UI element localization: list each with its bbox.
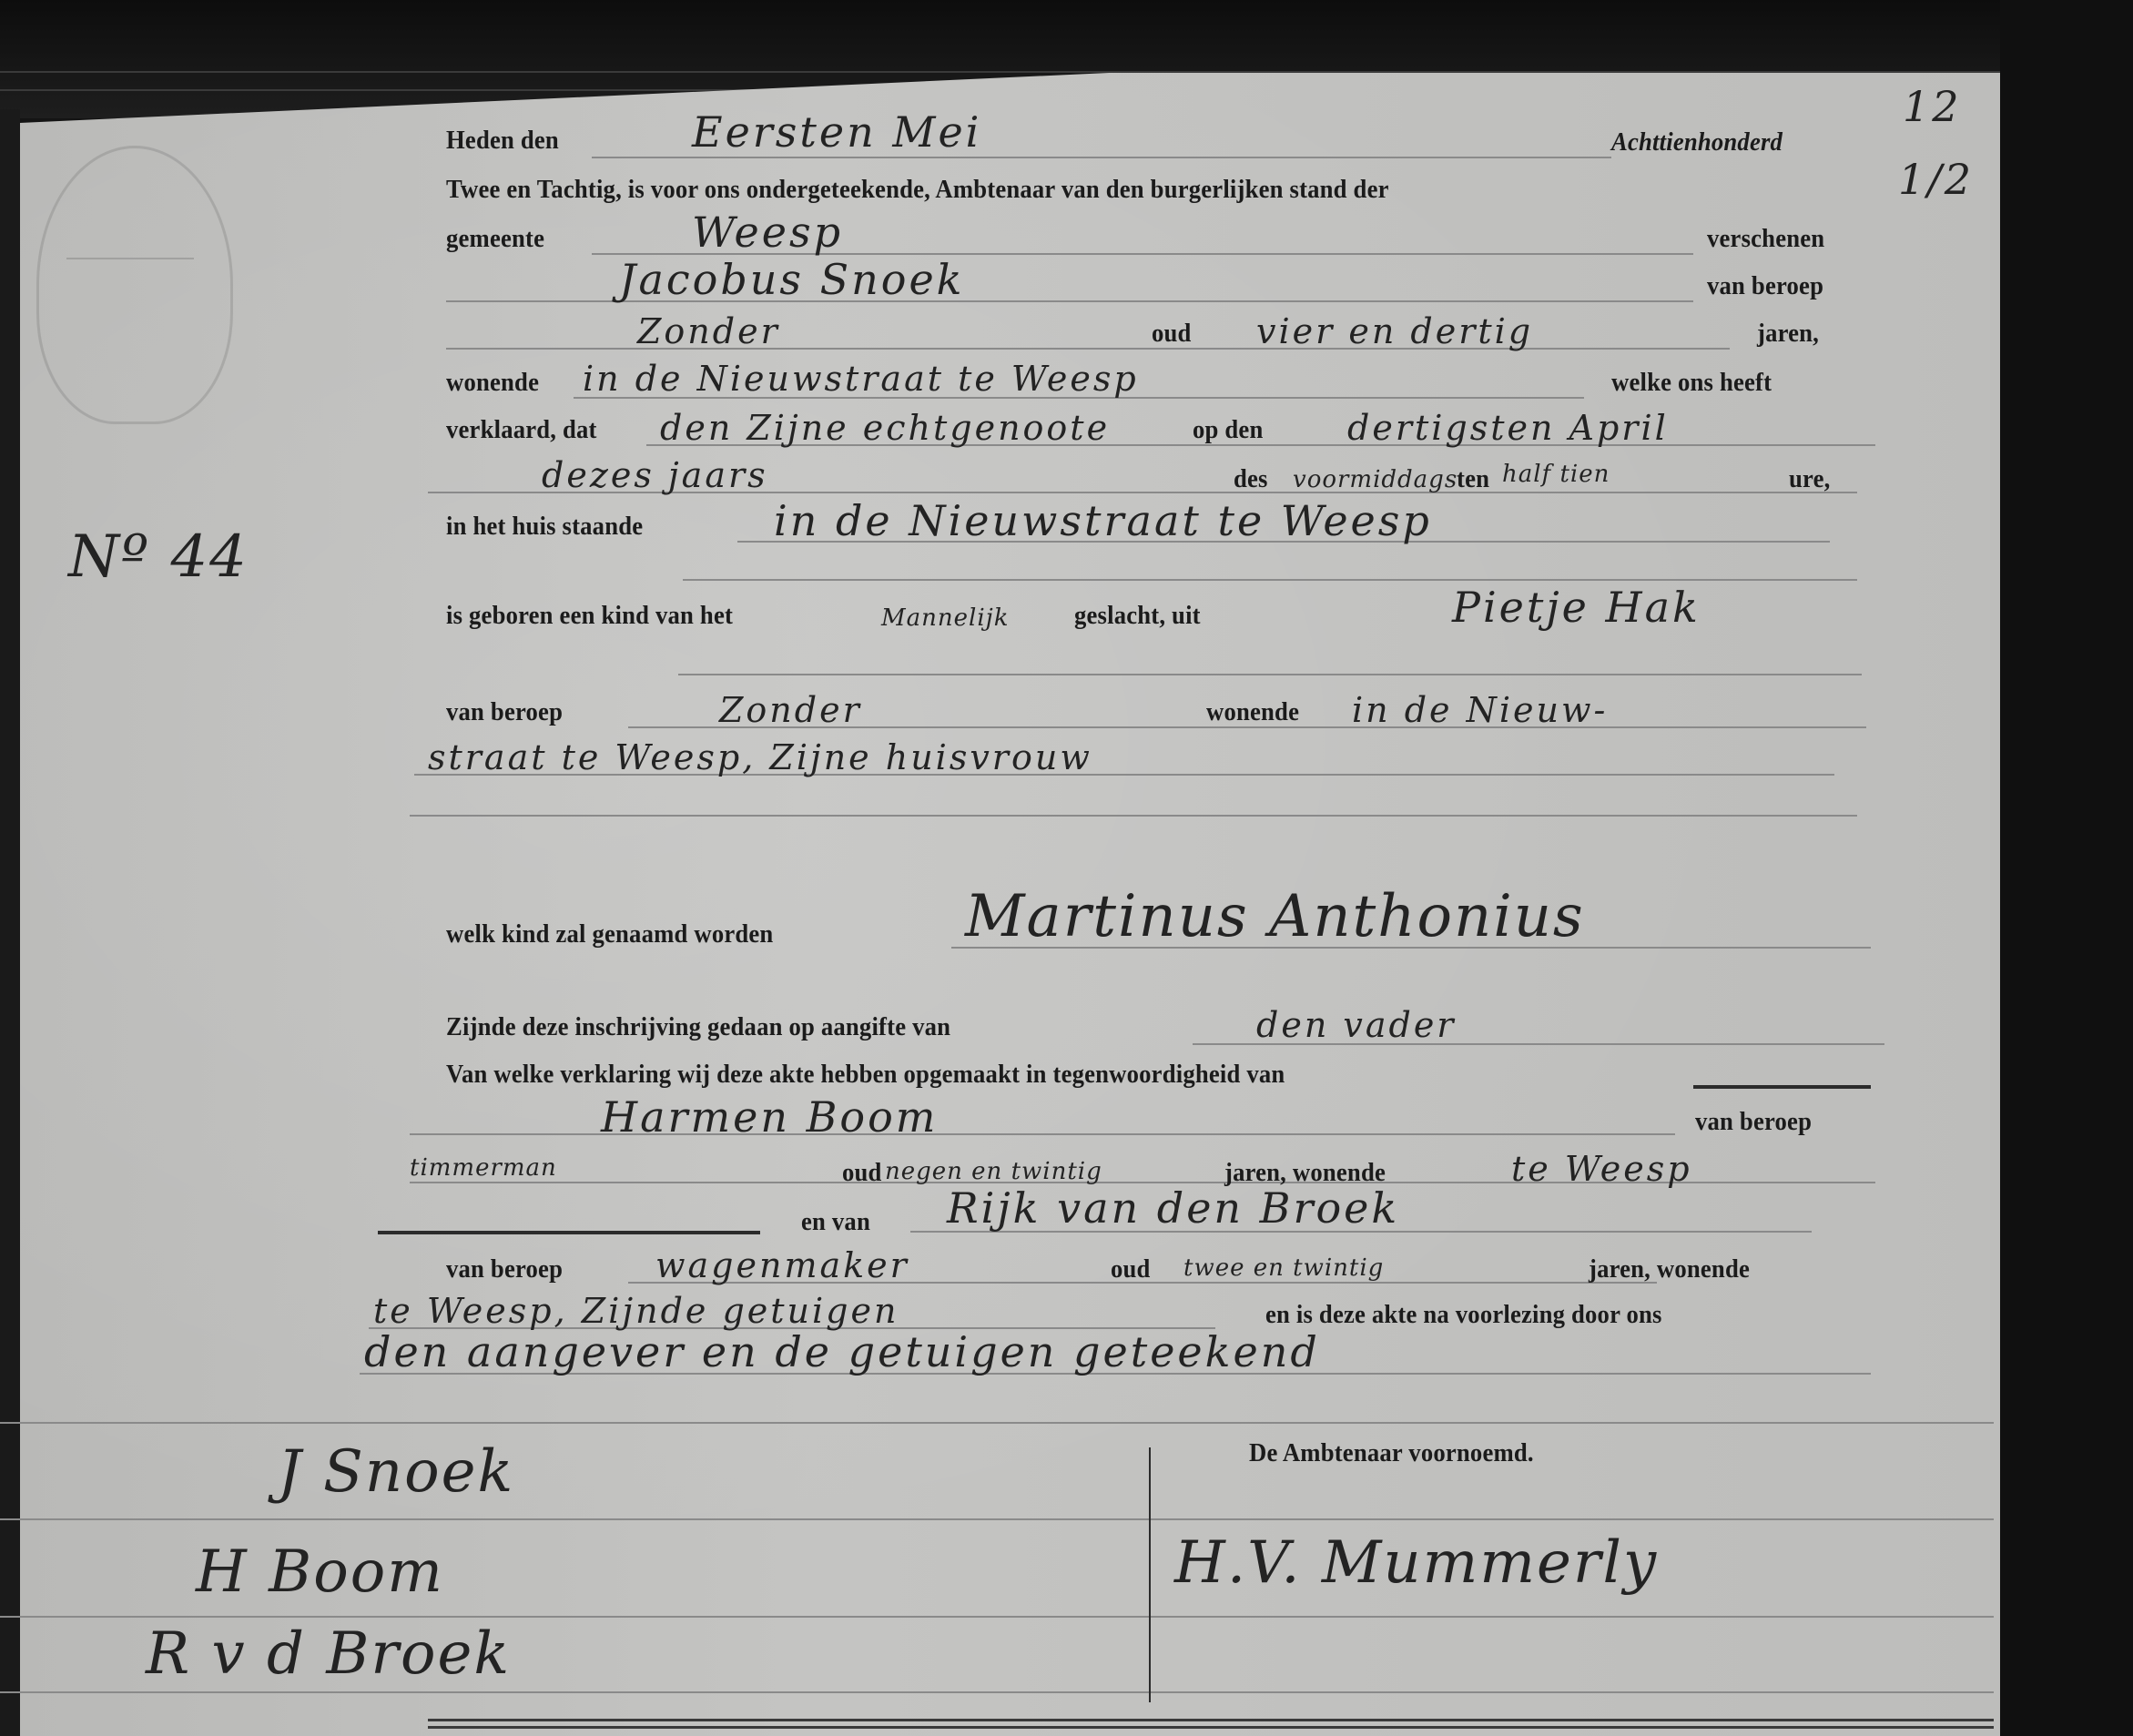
signature-declarant: J Snoek (278, 1438, 514, 1506)
printed-jaren: jaren, (1757, 319, 1819, 349)
blank-line (0, 1422, 1994, 1424)
filled-witness1-residence: te Weesp (1511, 1149, 1692, 1189)
embossed-seal (36, 146, 233, 424)
filled-declarant-age: vier en dertig (1256, 311, 1533, 351)
filled-sex: Mannelijk (881, 604, 1009, 632)
filled-time-of-day: voormiddags (1293, 466, 1458, 493)
filled-declarant-name: Jacobus Snoek (619, 255, 965, 304)
filled-mother-residence-2: straat te Weesp, Zijne huisvrouw (428, 737, 1092, 777)
printed-op-den: op den (1193, 415, 1263, 445)
corner-mark-fraction: 1/2 (1898, 155, 1974, 204)
signature-stroke (1149, 1447, 1151, 1702)
printed-in-het-huis-staande: in het huis staande (446, 512, 643, 542)
printed-heden-den: Heden den (446, 126, 559, 156)
filled-child-name: Martinus Anthonius (965, 883, 1585, 950)
closing-double-rule (428, 1719, 1994, 1721)
closing-double-rule (428, 1726, 1994, 1729)
corner-mark-number: 12 (1903, 82, 1962, 131)
scan-artifact-line (0, 71, 2133, 73)
printed-wonende-mother: wonende (1206, 697, 1299, 727)
blank-line (410, 815, 1857, 817)
official-signature: H.V. Mummerly (1174, 1529, 1658, 1597)
printed-verschenen: verschenen (1707, 224, 1824, 254)
blank-line (683, 579, 1857, 581)
printed-welk-kind: welk kind zal genaamd worden (446, 919, 773, 949)
filled-declarant-occupation: Zonder (637, 311, 780, 351)
filled-signing-clause: den aangever en de getuigen geteekend (364, 1327, 1320, 1376)
filled-witness1-age: negen en twintig (885, 1158, 1102, 1185)
printed-welke-ons-heeft: welke ons heeft (1611, 368, 1772, 398)
printed-zijnde-inschrijving: Zijnde deze inschrijving gedaan op aangi… (446, 1012, 950, 1042)
printed-ure: ure, (1789, 464, 1830, 494)
signature-witness1: H Boom (196, 1538, 444, 1606)
filled-witness2-occupation: wagenmaker (655, 1245, 909, 1285)
filled-mother-occupation: Zonder (719, 690, 862, 730)
blank-line (0, 1616, 1994, 1618)
filled-witness1-name: Harmen Boom (601, 1092, 938, 1142)
printed-oud-w2: oud (1111, 1254, 1151, 1284)
filled-relation: den Zijne echtgenoote (660, 408, 1110, 448)
fill-line (378, 1231, 760, 1234)
filled-witness2-residence: te Weesp, Zijnde getuigen (373, 1291, 899, 1331)
signature-witness2: R v d Broek (146, 1620, 511, 1688)
fill-line (1693, 1085, 1871, 1089)
filled-date-day: Eersten Mei (692, 107, 981, 157)
scanner-border-left (0, 109, 20, 1736)
blank-line (0, 1691, 1994, 1693)
printed-en-van: en van (801, 1207, 870, 1237)
printed-gemeente: gemeente (446, 224, 544, 254)
filled-hour: half tien (1502, 461, 1610, 488)
fill-line (592, 157, 1611, 158)
filled-declarant-residence: in de Nieuwstraat te Weesp (583, 359, 1139, 399)
printed-intro-line: Twee en Tachtig, is voor ons ondergeteek… (446, 175, 1389, 205)
margin-record-number: Nº 44 (68, 523, 249, 591)
scanner-border-right (2000, 0, 2133, 1736)
filled-witness1-occupation: timmerman (410, 1154, 557, 1182)
printed-verklaard-dat: verklaard, dat (446, 415, 597, 445)
printed-van-beroep-w1: van beroep (1695, 1107, 1812, 1137)
printed-is-geboren: is geboren een kind van het (446, 601, 733, 631)
filled-mother-name: Pietje Hak (1452, 583, 1701, 632)
filled-informant: den vader (1256, 1005, 1456, 1045)
filled-birth-date: dertigsten April (1347, 408, 1669, 448)
printed-geslacht-uit: geslacht, uit (1074, 601, 1201, 631)
filled-witness2-age: twee en twintig (1183, 1254, 1384, 1282)
printed-oud: oud (1152, 319, 1192, 349)
printed-jaren-wonende-w2: jaren, wonende (1589, 1254, 1750, 1284)
blank-line (678, 674, 1862, 675)
filled-witness2-name: Rijk van den Broek (947, 1183, 1399, 1233)
printed-achttienhonderd: Achttienhonderd (1611, 127, 1783, 157)
filled-mother-residence-1: in de Nieuw- (1352, 690, 1608, 730)
printed-van-welke-verklaring: Van welke verklaring wij deze akte hebbe… (446, 1060, 1285, 1090)
filled-birth-house: in de Nieuwstraat te Weesp (774, 496, 1432, 545)
printed-ten: ten (1457, 464, 1489, 494)
printed-de-ambtenaar-voornoemd: De Ambtenaar voornoemd. (1249, 1438, 1534, 1468)
fill-line (410, 1133, 1675, 1135)
printed-wonende: wonende (446, 368, 539, 398)
printed-oud-w1: oud (842, 1158, 882, 1188)
blank-line (0, 1518, 1994, 1520)
printed-van-beroep-mother: van beroep (446, 697, 563, 727)
filled-year-ref: dezes jaars (542, 455, 768, 495)
printed-van-beroep-w2: van beroep (446, 1254, 563, 1284)
printed-twee-en-tachtig-line: Twee en Tachtig, is voor ons ondergeteek… (446, 175, 1389, 204)
printed-van-beroep: van beroep (1707, 271, 1823, 301)
printed-en-is-deze-akte: en is deze akte na voorlezing door ons (1265, 1300, 1662, 1330)
filled-municipality: Weesp (692, 208, 843, 257)
printed-des: des (1234, 464, 1268, 494)
